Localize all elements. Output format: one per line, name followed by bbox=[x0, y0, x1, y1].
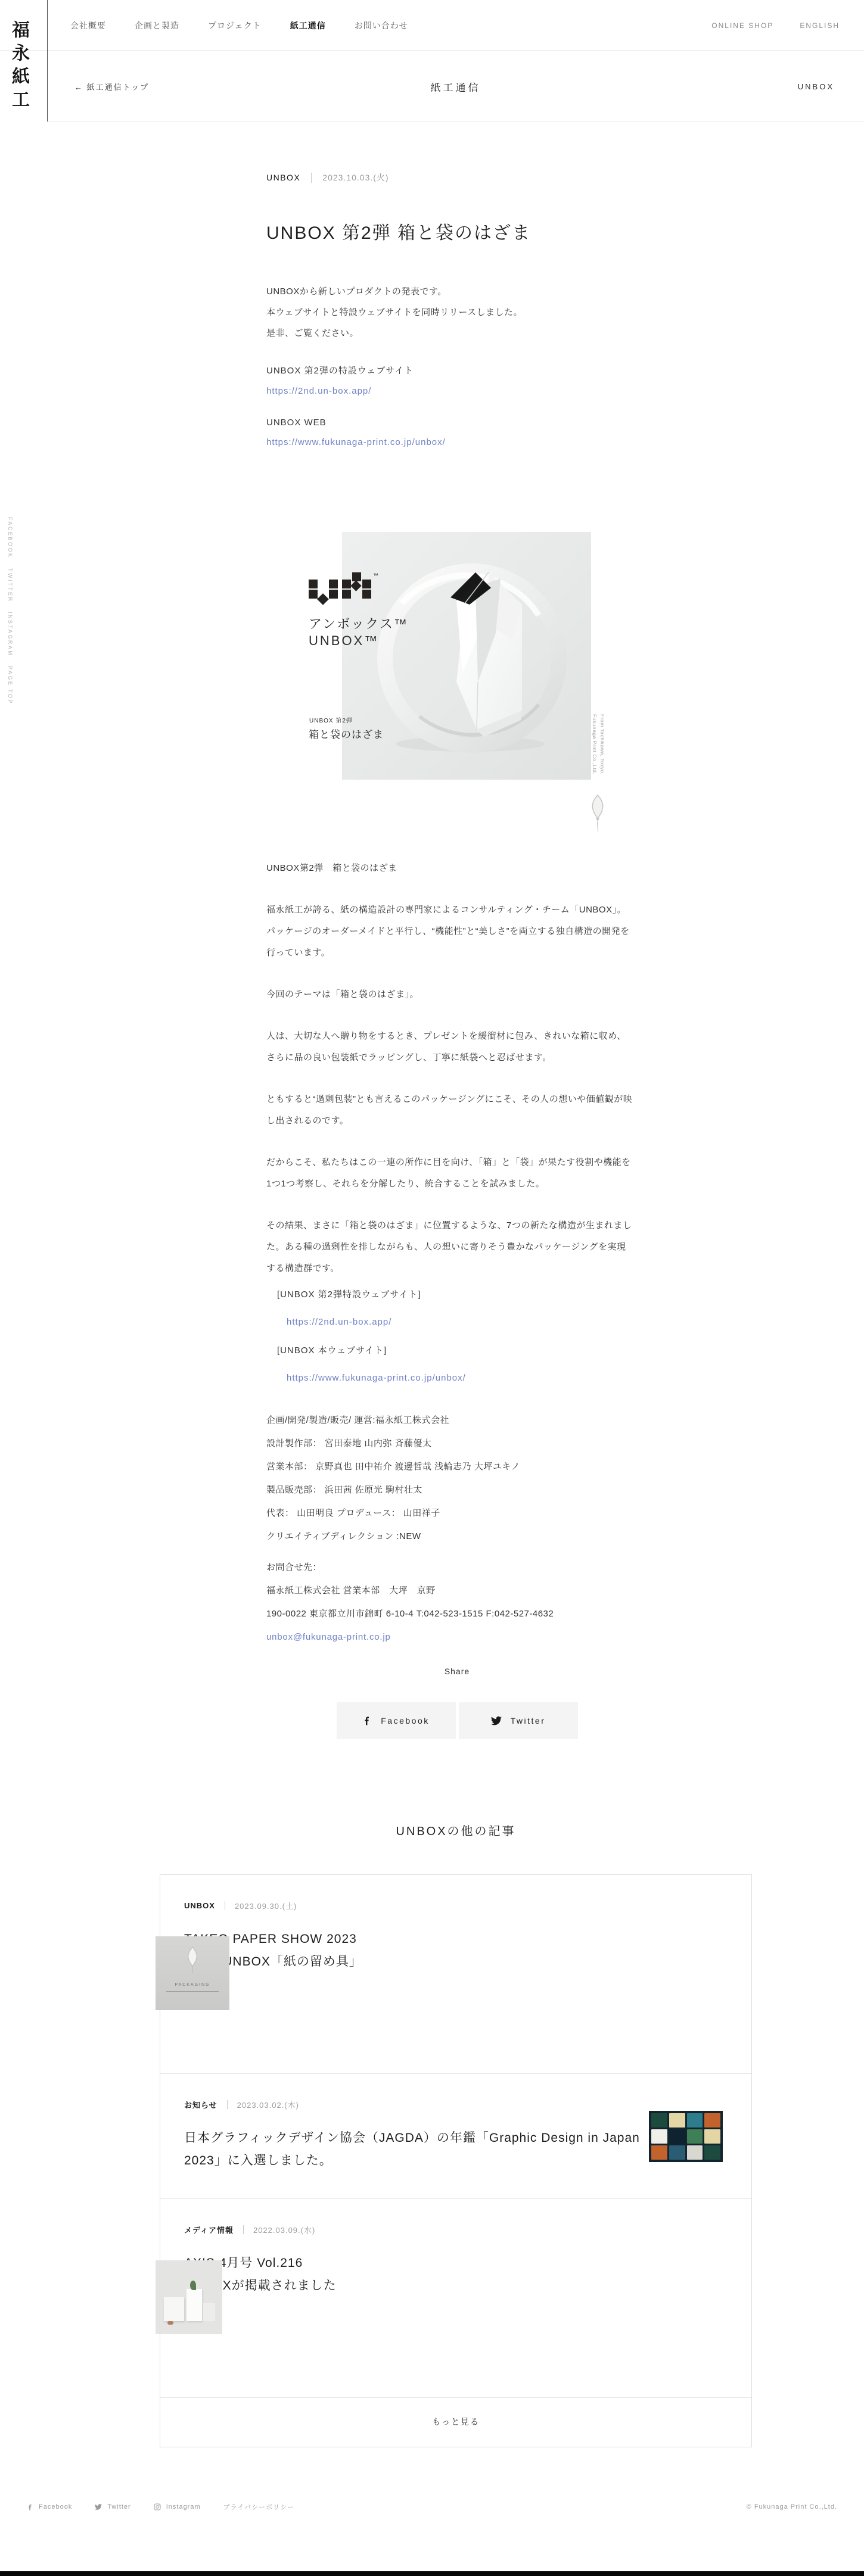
contact-line: 福永紙工株式会社 営業本部 大坪 京野 bbox=[266, 1579, 660, 1602]
instagram-icon bbox=[154, 2503, 161, 2510]
meta-divider bbox=[225, 1901, 225, 1910]
top-navigation: 会社概要 企画と製造 プロジェクト 紙工通信 お問い合わせ ONLINE SHO… bbox=[0, 0, 864, 51]
credit-row: クリエイティブディレクション :NEW bbox=[266, 1525, 660, 1548]
twitter-icon bbox=[95, 2503, 102, 2510]
rail-facebook-link[interactable]: FACEBOOK bbox=[7, 517, 13, 559]
footer-privacy-link[interactable]: プライバシーポリシー bbox=[223, 2502, 294, 2512]
related-title-line: AXIS 4月号 Vol.216 bbox=[184, 2252, 643, 2275]
body-paragraph: 福永紙工が誇る、紙の構造設計の専門家によるコンサルティング・チーム「UNBOX」… bbox=[266, 899, 635, 964]
section-title: 紙工通信 bbox=[47, 51, 864, 122]
footer: Facebook Twitter Instagram プライバシーポリシー © … bbox=[27, 2497, 837, 2517]
share-heading: Share bbox=[266, 1667, 648, 1676]
online-shop-link[interactable]: ONLINE SHOP bbox=[711, 21, 773, 30]
nav-item-contact[interactable]: お問い合わせ bbox=[355, 20, 408, 32]
footer-facebook-link[interactable]: Facebook bbox=[27, 2503, 72, 2510]
related-date: 2023.03.02.(木) bbox=[237, 2099, 299, 2110]
contact-email-link[interactable]: unbox@fukunaga-print.co.jp bbox=[266, 1625, 391, 1649]
related-date: 2022.03.09.(水) bbox=[253, 2224, 315, 2235]
body-paragraph: その結果、まさに「箱と袋のはざま」に位置するような、7つの新たな構造が生まれまし… bbox=[266, 1215, 635, 1279]
related-thumbnail-jagda bbox=[649, 2111, 723, 2162]
body-paragraph: 今回のテーマは「箱と袋のはざま」。 bbox=[266, 984, 635, 1005]
english-link[interactable]: ENGLISH bbox=[800, 21, 840, 30]
related-thumbnail-packaging: PACKAGING bbox=[156, 1936, 229, 2010]
article-intro: UNBOXから新しいプロダクトの発表です。 本ウェブサイトと特設ウェブサイトを同… bbox=[266, 281, 651, 344]
special-site-label: UNBOX 第2弾の特設ウェブサイト bbox=[266, 364, 651, 376]
article-subheading: UNBOX第2弾 箱と袋のはざま bbox=[266, 858, 635, 879]
footer-social-links: Facebook Twitter Instagram プライバシーポリシー bbox=[27, 2502, 294, 2512]
hero-katakana-wordmark: アンボックス™ bbox=[309, 614, 408, 633]
related-title-line: NEW+UNBOX「紙の留め具」 bbox=[184, 1951, 643, 1973]
related-title: AXIS 4月号 Vol.216 UNBOXが掲載されました bbox=[184, 2252, 643, 2297]
share-twitter-button[interactable]: Twitter bbox=[459, 1702, 578, 1739]
hero-caption-small: UNBOX 第2弾 bbox=[309, 715, 353, 724]
credit-line: Fukunaga Print Co.,Ltd. bbox=[592, 714, 598, 775]
credit-row: 代表： 山田明良 プロデュース： 山田祥子 bbox=[266, 1502, 660, 1525]
related-meta: UNBOX 2023.09.30.(土) bbox=[184, 1900, 728, 1911]
share-buttons: Facebook Twitter bbox=[266, 1702, 648, 1739]
rail-page-top-link[interactable]: PAGE TOP bbox=[7, 666, 13, 705]
rail-social-links: FACEBOOK TWITTER INSTAGRAM PAGE TOP bbox=[7, 517, 13, 705]
nav-item-planning[interactable]: 企画と製造 bbox=[135, 20, 179, 32]
intro-line: UNBOXから新しいプロダクトの発表です。 bbox=[266, 281, 651, 302]
rail-twitter-link[interactable]: TWITTER bbox=[7, 568, 13, 603]
related-title-line: UNBOXが掲載されました bbox=[184, 2275, 643, 2297]
facebook-icon bbox=[27, 2504, 33, 2510]
meta-divider bbox=[311, 173, 312, 183]
related-meta: メディア情報 2022.03.09.(水) bbox=[184, 2224, 728, 2235]
related-category: UNBOX bbox=[184, 1901, 215, 1910]
hero-latin-wordmark: UNBOX™ bbox=[309, 633, 379, 649]
related-article-row[interactable]: メディア情報 2022.03.09.(水) AXIS 4月号 Vol.216 U… bbox=[160, 2199, 751, 2398]
nav-item-company[interactable]: 会社概要 bbox=[70, 20, 106, 32]
main-site-bracket-label: [UNBOX 本ウェブサイト] bbox=[266, 1344, 648, 1356]
main-site-bracket-link[interactable]: https://www.fukunaga-print.co.jp/unbox/ bbox=[266, 1373, 648, 1383]
related-title: TAKEO PAPER SHOW 2023 NEW+UNBOX「紙の留め具」 bbox=[184, 1928, 643, 1973]
related-thumbnail-axis bbox=[156, 2260, 222, 2334]
special-site-link[interactable]: https://2nd.un-box.app/ bbox=[266, 386, 651, 396]
related-card: UNBOX 2023.09.30.(土) TAKEO PAPER SHOW 20… bbox=[160, 1874, 752, 2447]
footer-facebook-label: Facebook bbox=[39, 2503, 72, 2510]
related-meta: お知らせ 2023.03.02.(木) bbox=[184, 2099, 728, 2110]
trademark-mark: ™ bbox=[373, 572, 378, 578]
intro-line: 本ウェブサイトと特設ウェブサイトを同時リリースしました。 bbox=[266, 302, 651, 323]
related-category: メディア情報 bbox=[184, 2224, 234, 2235]
intro-line: 是非、ご覧ください。 bbox=[266, 323, 651, 344]
hero-photo-background bbox=[342, 532, 591, 780]
thumbnail-rule bbox=[166, 1991, 219, 1992]
view-more-link[interactable]: もっと見る bbox=[160, 2398, 751, 2447]
page-title: UNBOX 第2弾 箱と袋のはざま bbox=[266, 218, 651, 244]
site-logo[interactable]: 福永紙工 bbox=[10, 20, 27, 113]
meta-divider bbox=[243, 2225, 244, 2234]
contact-block: お問合せ先： 福永紙工株式会社 営業本部 大坪 京野 190-0022 東京都立… bbox=[266, 1556, 660, 1649]
hero-photo-credit: Fukunaga Print Co.,Ltd. From Tachikawa, … bbox=[592, 714, 605, 775]
subheader-category-label: UNBOX bbox=[798, 51, 834, 122]
credit-line: From Tachikawa, Tokyo. bbox=[599, 714, 605, 775]
article-category[interactable]: UNBOX bbox=[266, 173, 300, 182]
twitter-icon bbox=[491, 1715, 502, 1726]
related-date: 2023.09.30.(土) bbox=[235, 1900, 297, 1911]
credit-row: 企画/開発/製造/販売/ 運営:福永紙工株式会社 bbox=[266, 1409, 660, 1432]
related-category: お知らせ bbox=[184, 2099, 217, 2110]
article-links-block: [UNBOX 第2弾特設ウェブサイト] https://2nd.un-box.a… bbox=[266, 1288, 648, 1383]
paper-sculpture-illustration bbox=[342, 532, 591, 780]
thumbnail-label: PACKAGING bbox=[156, 1983, 229, 1987]
related-articles-section: UNBOXの他の記事 UNBOX 2023.09.30.(土) TAKEO PA… bbox=[160, 1821, 752, 2447]
share-twitter-label: Twitter bbox=[511, 1716, 546, 1725]
article-meta: UNBOX 2023.10.03.(火) bbox=[266, 172, 651, 183]
share-facebook-button[interactable]: Facebook bbox=[337, 1702, 456, 1739]
article-body: UNBOX第2弾 箱と袋のはざま 福永紙工が誇る、紙の構造設計の専門家によるコン… bbox=[266, 858, 635, 1300]
unbox-web-label: UNBOX WEB bbox=[266, 418, 651, 428]
credit-row: 設計製作部： 宮田泰地 山内弥 斉藤優太 bbox=[266, 1432, 660, 1455]
credits-block: 企画/開発/製造/販売/ 運営:福永紙工株式会社 設計製作部： 宮田泰地 山内弥… bbox=[266, 1409, 660, 1548]
subheader: ← 紙工通信トップ 紙工通信 UNBOX bbox=[47, 51, 864, 122]
balloon-icon bbox=[587, 793, 608, 833]
footer-instagram-link[interactable]: Instagram bbox=[154, 2503, 201, 2510]
body-paragraph: ともすると“過剰包装”とも言えるこのパッケージングにこそ、その人の想いや価値観が… bbox=[266, 1089, 635, 1132]
footer-copyright: © Fukunaga Print Co.,Ltd. bbox=[747, 2503, 837, 2510]
footer-privacy-label: プライバシーポリシー bbox=[223, 2502, 294, 2512]
footer-instagram-label: Instagram bbox=[166, 2503, 201, 2510]
body-paragraph: 人は、大切な人へ贈り物をするとき、プレゼントを緩衝材に包み、きれいな箱に収め、さ… bbox=[266, 1026, 635, 1069]
nav-right-group: ONLINE SHOP ENGLISH bbox=[711, 0, 840, 51]
contact-heading: お問合せ先： bbox=[266, 1556, 660, 1579]
share-facebook-label: Facebook bbox=[381, 1716, 429, 1725]
meta-divider bbox=[227, 2100, 228, 2109]
unbox-web-link[interactable]: https://www.fukunaga-print.co.jp/unbox/ bbox=[266, 437, 651, 447]
article-head: UNBOX 2023.10.03.(火) UNBOX 第2弾 箱と袋のはざま U… bbox=[266, 172, 651, 447]
nav-item-shiko-tsushin[interactable]: 紙工通信 bbox=[290, 20, 326, 32]
un-logo: ™ bbox=[309, 571, 381, 607]
related-article-row[interactable]: UNBOX 2023.09.30.(土) TAKEO PAPER SHOW 20… bbox=[160, 1875, 751, 2074]
nav-item-project[interactable]: プロジェクト bbox=[208, 20, 262, 32]
related-title-line: TAKEO PAPER SHOW 2023 bbox=[184, 1928, 643, 1951]
related-heading: UNBOXの他の記事 bbox=[160, 1821, 752, 1839]
special-site-bracket-label: [UNBOX 第2弾特設ウェブサイト] bbox=[266, 1288, 648, 1300]
related-title: 日本グラフィックデザイン協会（JAGDA）の年鑑「Graphic Design … bbox=[184, 2127, 643, 2172]
credit-row: 営業本部： 京野真也 田中祐介 渡邊哲哉 浅輪志乃 大坪ユキノ bbox=[266, 1455, 660, 1478]
footer-twitter-link[interactable]: Twitter bbox=[95, 2503, 130, 2510]
bottom-bar bbox=[0, 2571, 864, 2576]
article-hero-image: ™ アンボックス™ UNBOX™ UNBOX 第2弾 箱と袋のはざま Fukun… bbox=[304, 532, 608, 780]
hero-caption-large: 箱と袋のはざま bbox=[309, 726, 384, 741]
credit-row: 製品販売部： 浜田茜 佐原光 駒村壮太 bbox=[266, 1478, 660, 1502]
facebook-icon bbox=[362, 1716, 372, 1725]
share-section: Share Facebook Twitter bbox=[266, 1667, 648, 1739]
article-date: 2023.10.03.(火) bbox=[322, 172, 389, 183]
nav-list: 会社概要 企画と製造 プロジェクト 紙工通信 お問い合わせ bbox=[70, 0, 408, 51]
body-paragraph: だからこそ、私たちはこの一連の所作に目を向け、「箱」と「袋」が果たす役割や機能を… bbox=[266, 1152, 635, 1195]
footer-twitter-label: Twitter bbox=[107, 2503, 130, 2510]
related-article-row[interactable]: お知らせ 2023.03.02.(木) 日本グラフィックデザイン協会（JAGDA… bbox=[160, 2074, 751, 2199]
rail-instagram-link[interactable]: INSTAGRAM bbox=[7, 612, 13, 656]
contact-line: 190-0022 東京都立川市錦町 6-10-4 T:042-523-1515 … bbox=[266, 1602, 660, 1625]
special-site-bracket-link[interactable]: https://2nd.un-box.app/ bbox=[266, 1317, 648, 1327]
page: 会社概要 企画と製造 プロジェクト 紙工通信 お問い合わせ ONLINE SHO… bbox=[0, 0, 864, 2576]
